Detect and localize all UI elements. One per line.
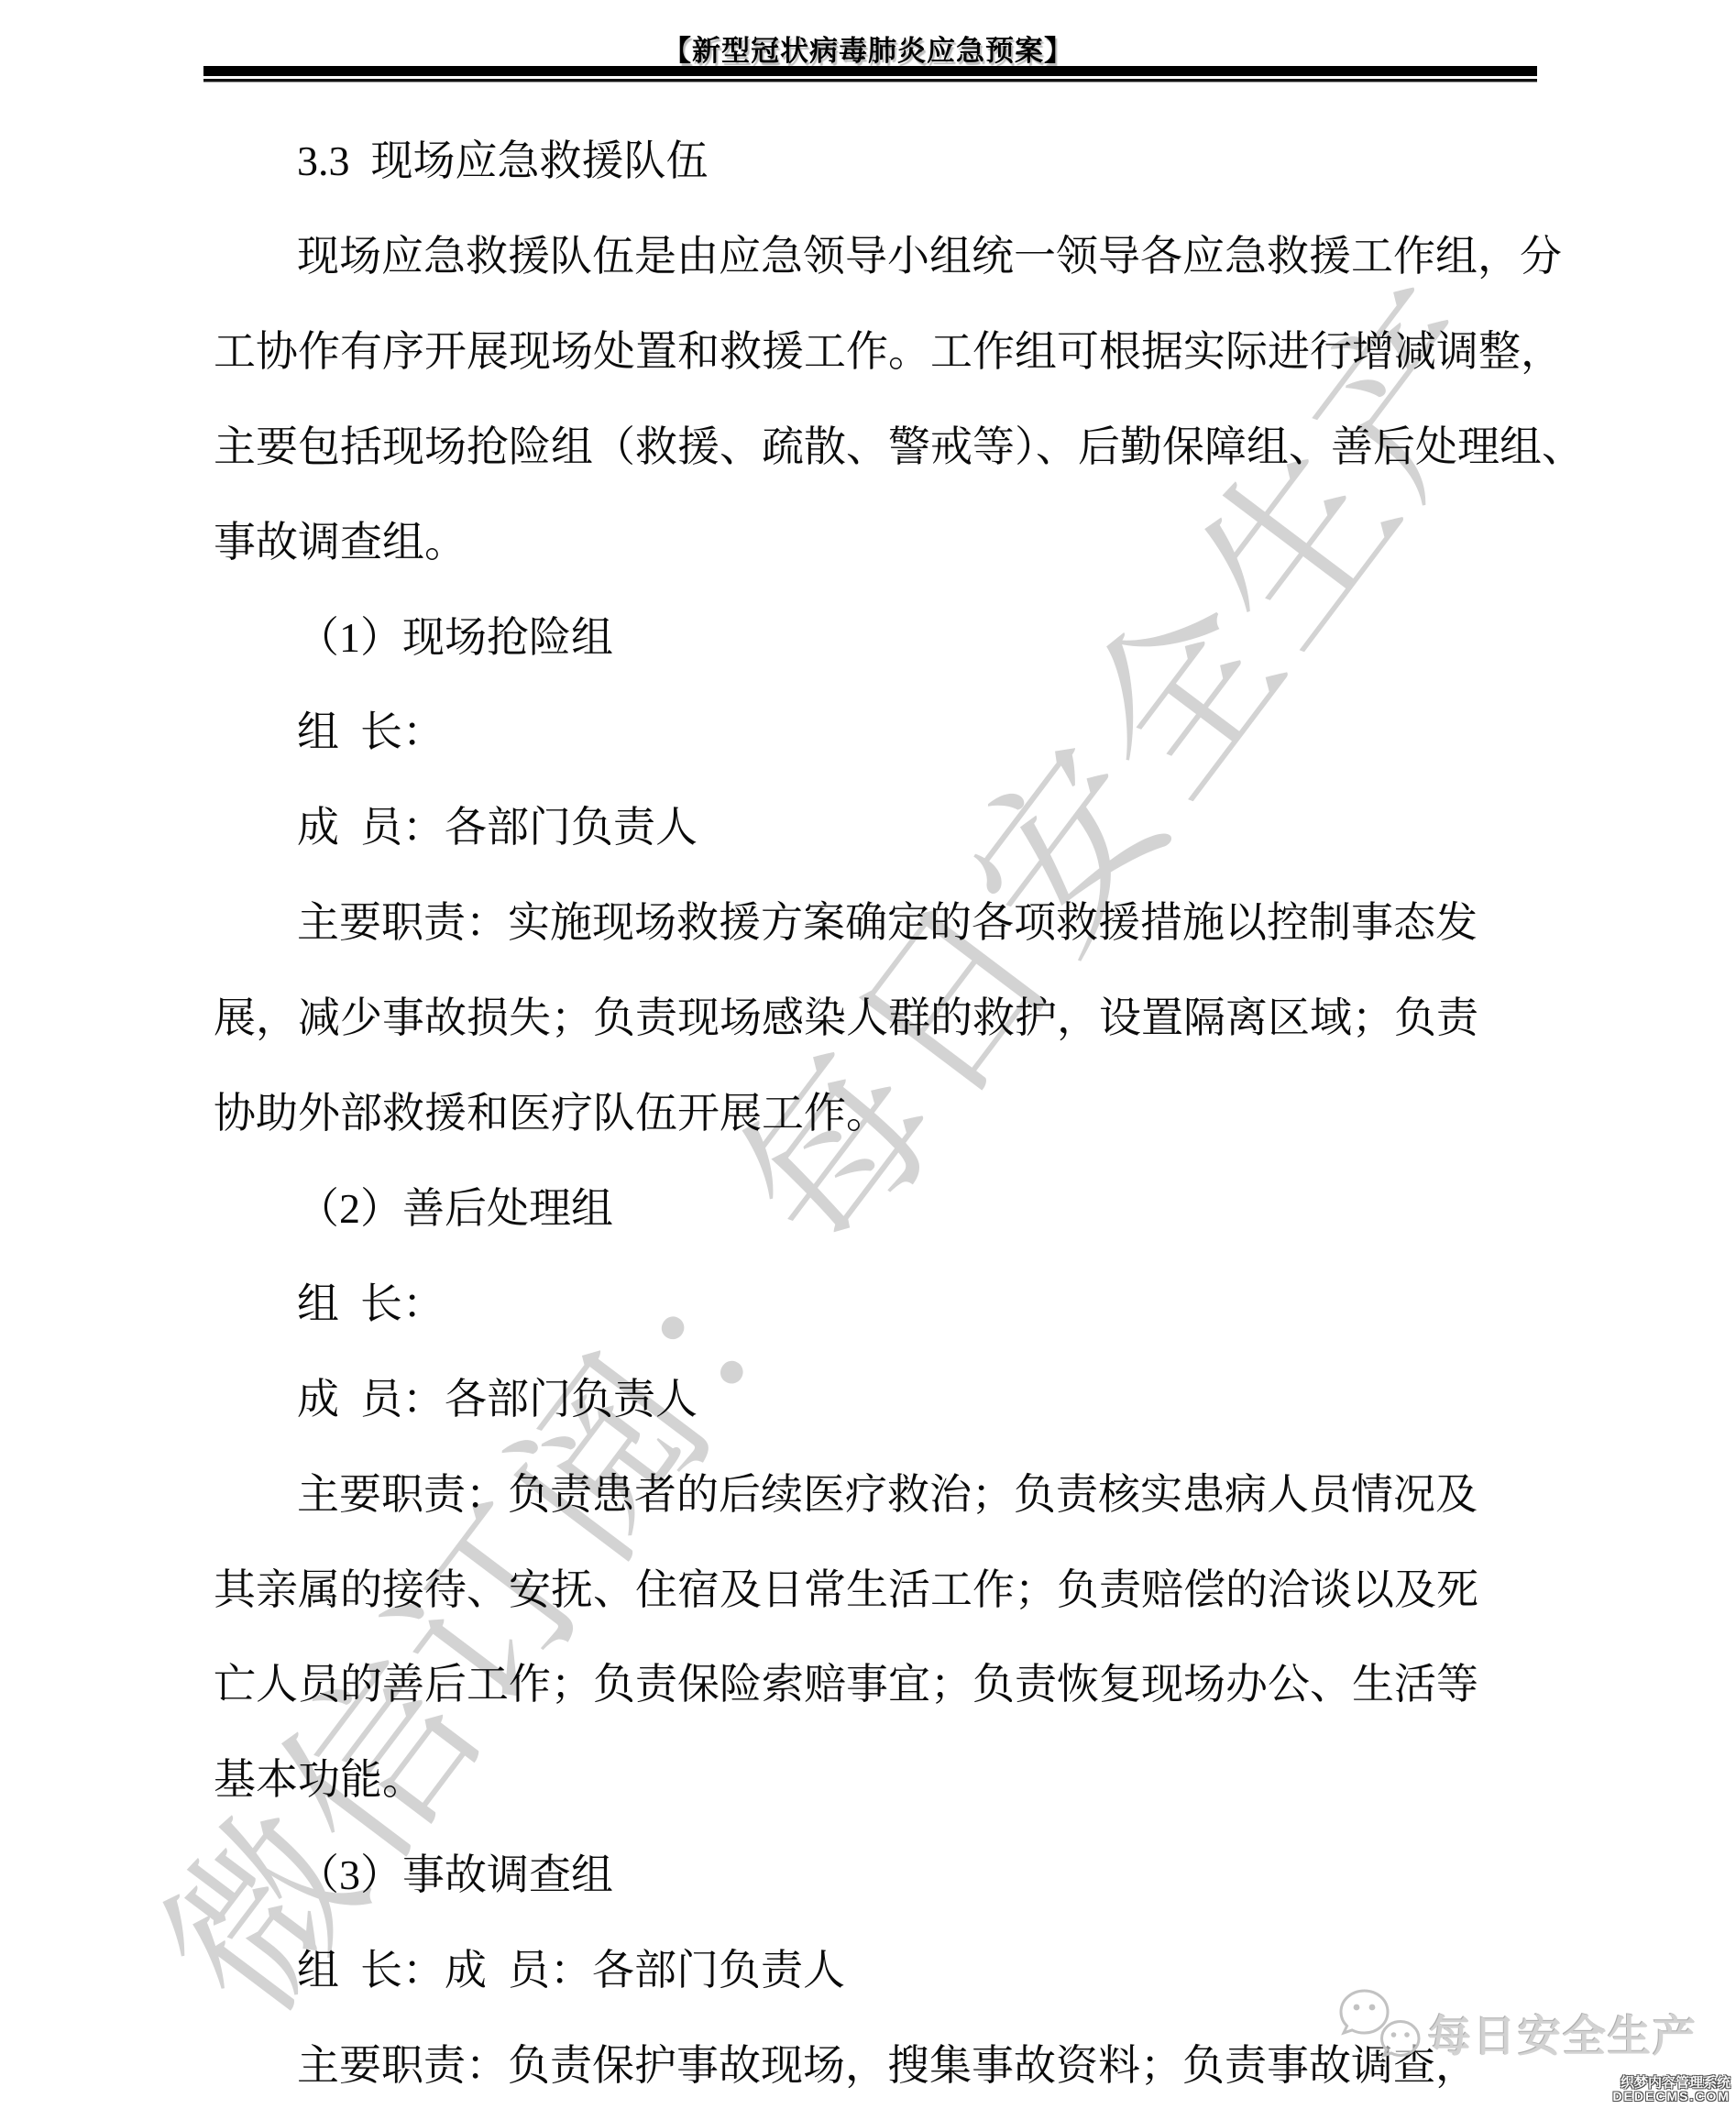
document-line: 成 员：各部门负责人 <box>297 1376 698 1423</box>
document-line: 主要职责：负责患者的后续医疗救治；负责核实患病人员情况及 <box>297 1471 1478 1519</box>
document-line: 组 长： <box>297 708 445 756</box>
document-line: 主要包括现场抢险组（救援、疏散、警戒等）、后勤保障组、善后处理组、 <box>214 423 1584 471</box>
document-line: 工协作有序开展现场处置和救援工作。工作组可根据实际进行增减调整， <box>214 328 1563 376</box>
document-line: 亡人员的善后工作；负责保险索赔事宜；负责恢复现场办公、生活等 <box>214 1661 1478 1708</box>
cms-badge: 织梦内容管理系统 DEDECMS.COM <box>1612 2076 1731 2104</box>
document-line: 3.3 现场应急救援队伍 <box>297 137 709 185</box>
document-line: 现场应急救援队伍是由应急领导小组统一领导各应急救援工作组，分 <box>297 233 1562 280</box>
document-line: 组 长： <box>297 1280 445 1328</box>
document-line: 成 员：各部门负责人 <box>297 804 698 851</box>
cms-badge-line1: 织梦内容管理系统 <box>1612 2076 1731 2091</box>
document-body: 3.3 现场应急救援队伍现场应急救援队伍是由应急领导小组统一领导各应急救援工作组… <box>0 0 1736 2109</box>
cms-badge-line2: DEDECMS.COM <box>1612 2090 1731 2104</box>
document-line: 事故调查组。 <box>214 519 467 566</box>
wechat-icon <box>1338 1987 1423 2066</box>
document-line: 协助外部救援和医疗队伍开展工作。 <box>214 1090 888 1137</box>
document-line: 其亲属的接待、安抚、住宿及日常生活工作；负责赔偿的洽谈以及死 <box>214 1566 1478 1614</box>
document-line: 展，减少事故损失；负责现场感染人群的救护，设置隔离区域；负责 <box>214 994 1478 1042</box>
document-line: 主要职责：实施现场救援方案确定的各项救援措施以控制事态发 <box>297 899 1478 947</box>
document-line: （2）善后处理组 <box>297 1185 613 1233</box>
document-line: 组 长：成 员：各部门负责人 <box>297 1947 845 1994</box>
document-line: （3）事故调查组 <box>297 1851 613 1899</box>
document-line: 主要职责：负责保护事故现场，搜集事故资料；负责事故调查， <box>297 2042 1478 2090</box>
document-line: 基本功能。 <box>214 1756 424 1804</box>
footer-logo: 每日安全生产 <box>1338 1987 1698 2066</box>
document-line: （1）现场抢险组 <box>297 614 613 662</box>
footer-logo-label: 每日安全生产 <box>1428 2003 1698 2064</box>
document-page: 微信订阅：每日安全生产 【新型冠状病毒肺炎应急预案】 3.3 现场应急救援队伍现… <box>0 0 1736 2109</box>
